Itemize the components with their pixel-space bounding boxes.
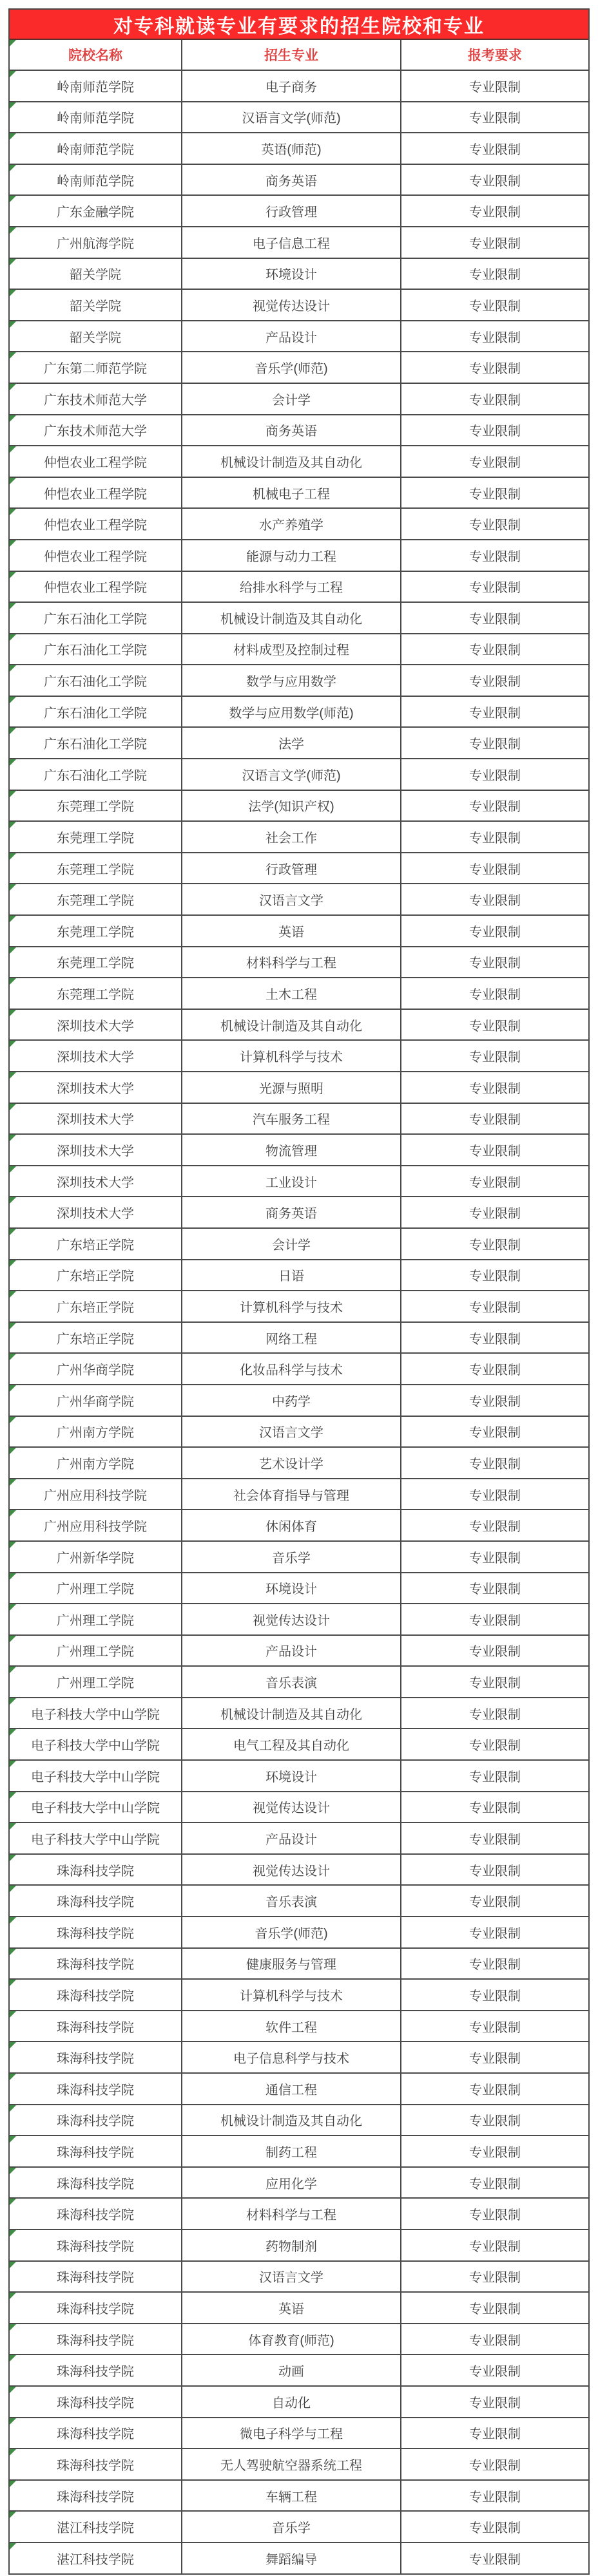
major-cell: 计算机科学与技术 — [182, 1041, 401, 1072]
table-row: 广东培正学院 网络工程 专业限制 — [10, 1323, 588, 1354]
college-cell: 电子科技大学中山学院 — [10, 1698, 182, 1730]
requirement-cell: 专业限制 — [401, 916, 588, 947]
college-name: 广东石油化工学院 — [44, 734, 147, 752]
table-row: 广州华商学院 化妆品科学与技术 专业限制 — [10, 1354, 588, 1385]
requirement-cell: 专业限制 — [401, 1917, 588, 1949]
requirement-cell: 专业限制 — [401, 133, 588, 165]
college-name: 珠海科技学院 — [57, 2173, 134, 2192]
college-name: 广东石油化工学院 — [44, 671, 147, 690]
excel-flag-icon — [10, 478, 16, 484]
table-row: 湛江科技学院 舞蹈编导 专业限制 — [10, 2543, 588, 2573]
major-cell: 土木工程 — [182, 978, 401, 1010]
excel-flag-icon — [10, 1010, 16, 1016]
major-cell: 制药工程 — [182, 2136, 401, 2168]
requirement-cell: 专业限制 — [401, 1510, 588, 1542]
major-cell: 材料科学与工程 — [182, 2199, 401, 2230]
table-row: 珠海科技学院 机械设计制造及其自动化 专业限制 — [10, 2105, 588, 2137]
excel-flag-icon — [10, 916, 16, 922]
major-cell: 机械设计制造及其自动化 — [182, 1010, 401, 1041]
requirement-cell: 专业限制 — [401, 1291, 588, 1323]
college-cell: 岭南师范学院 — [10, 102, 182, 134]
excel-flag-icon — [10, 2512, 16, 2518]
excel-flag-icon — [10, 1886, 16, 1892]
major-cell: 汉语言文学 — [182, 2262, 401, 2293]
major-cell: 社会工作 — [182, 822, 401, 853]
major-cell: 物流管理 — [182, 1135, 401, 1166]
requirement-cell: 专业限制 — [401, 1072, 588, 1104]
table-row: 深圳技术大学 光源与照明 专业限制 — [10, 1072, 588, 1104]
college-cell: 韶关学院 — [10, 321, 182, 353]
header-requirement: 报考要求 — [401, 40, 588, 71]
college-name: 珠海科技学院 — [57, 2392, 134, 2411]
college-cell: 深圳技术大学 — [10, 1104, 182, 1135]
college-cell: 东莞理工学院 — [10, 822, 182, 853]
major-cell: 应用化学 — [182, 2168, 401, 2199]
table-row: 珠海科技学院 体育教育(师范) 专业限制 — [10, 2324, 588, 2356]
table-row: 东莞理工学院 土木工程 专业限制 — [10, 978, 588, 1010]
college-cell: 广州南方学院 — [10, 1448, 182, 1479]
college-name: 湛江科技学院 — [57, 2549, 134, 2568]
excel-flag-icon — [10, 2105, 16, 2112]
college-cell: 珠海科技学院 — [10, 2418, 182, 2450]
college-name: 湛江科技学院 — [57, 2517, 134, 2536]
college-name: 珠海科技学院 — [57, 2236, 134, 2255]
requirement-cell: 专业限制 — [401, 1729, 588, 1761]
college-cell: 广东石油化工学院 — [10, 634, 182, 666]
major-cell: 药物制剂 — [182, 2230, 401, 2262]
excel-flag-icon — [10, 227, 16, 234]
excel-flag-icon — [10, 759, 16, 766]
requirement-cell: 专业限制 — [401, 2011, 588, 2043]
table-row: 广东培正学院 会计学 专业限制 — [10, 1229, 588, 1260]
college-cell: 广州理工学院 — [10, 1573, 182, 1605]
table-row: 珠海科技学院 应用化学 专业限制 — [10, 2168, 588, 2199]
requirement-cell: 专业限制 — [401, 1135, 588, 1166]
college-name: 珠海科技学院 — [57, 2110, 134, 2129]
requirement-cell: 专业限制 — [401, 352, 588, 384]
major-cell: 英语 — [182, 2293, 401, 2324]
requirement-cell: 专业限制 — [401, 2074, 588, 2105]
requirement-cell: 专业限制 — [401, 1479, 588, 1511]
excel-flag-icon — [10, 71, 16, 77]
table-row: 珠海科技学院 音乐表演 专业限制 — [10, 1886, 588, 1917]
table-row: 东莞理工学院 材料科学与工程 专业限制 — [10, 947, 588, 979]
excel-flag-icon — [10, 1166, 16, 1173]
major-cell: 自动化 — [182, 2387, 401, 2418]
table-row: 广东石油化工学院 数学与应用数学(师范) 专业限制 — [10, 697, 588, 728]
college-cell: 广东技术师范大学 — [10, 384, 182, 415]
college-name: 东莞理工学院 — [57, 952, 134, 971]
college-cell: 深圳技术大学 — [10, 1197, 182, 1229]
excel-flag-icon — [10, 2387, 16, 2393]
college-name: 电子科技大学中山学院 — [31, 1766, 160, 1785]
excel-flag-icon — [10, 165, 16, 171]
college-cell: 东莞理工学院 — [10, 884, 182, 916]
college-name: 深圳技术大学 — [57, 1141, 134, 1159]
header-college-label: 院校名称 — [68, 45, 122, 64]
major-cell: 日语 — [182, 1260, 401, 1292]
requirement-cell: 专业限制 — [401, 1354, 588, 1385]
major-cell: 商务英语 — [182, 415, 401, 447]
major-cell: 数学与应用数学(师范) — [182, 697, 401, 728]
table-row: 深圳技术大学 工业设计 专业限制 — [10, 1166, 588, 1198]
college-name: 韶关学院 — [70, 327, 121, 346]
excel-flag-icon — [10, 2418, 16, 2425]
table-row: 广州理工学院 音乐表演 专业限制 — [10, 1667, 588, 1698]
college-cell: 东莞理工学院 — [10, 978, 182, 1010]
college-cell: 珠海科技学院 — [10, 2074, 182, 2105]
college-cell: 珠海科技学院 — [10, 2324, 182, 2356]
excel-flag-icon — [10, 1917, 16, 1924]
college-cell: 广州航海学院 — [10, 227, 182, 259]
excel-flag-icon — [10, 1604, 16, 1611]
requirement-cell: 专业限制 — [401, 1385, 588, 1417]
college-cell: 广东石油化工学院 — [10, 665, 182, 697]
college-name: 珠海科技学院 — [57, 2142, 134, 2161]
table-row: 电子科技大学中山学院 产品设计 专业限制 — [10, 1823, 588, 1855]
excel-flag-icon — [10, 791, 16, 797]
major-cell: 电子信息科学与技术 — [182, 2042, 401, 2074]
college-cell: 岭南师范学院 — [10, 71, 182, 102]
college-cell: 珠海科技学院 — [10, 1886, 182, 1917]
college-cell: 广州理工学院 — [10, 1667, 182, 1698]
table-row: 珠海科技学院 英语 专业限制 — [10, 2293, 588, 2324]
requirement-cell: 专业限制 — [401, 759, 588, 791]
major-cell: 汉语言文学 — [182, 1417, 401, 1448]
excel-flag-icon — [10, 634, 16, 641]
college-name: 深圳技术大学 — [57, 1109, 134, 1128]
requirement-cell: 专业限制 — [401, 791, 588, 822]
requirement-cell: 专业限制 — [401, 853, 588, 885]
admissions-table: 对专科就读专业有要求的招生院校和专业 院校名称 招生专业 报考要求 岭南师范学院… — [8, 8, 590, 2575]
college-name: 东莞理工学院 — [57, 796, 134, 815]
excel-flag-icon — [10, 40, 16, 46]
college-name: 仲恺农业工程学院 — [44, 515, 147, 533]
excel-flag-icon — [10, 2074, 16, 2080]
excel-flag-icon — [10, 446, 16, 453]
college-cell: 深圳技术大学 — [10, 1135, 182, 1166]
major-cell: 社会体育指导与管理 — [182, 1479, 401, 1511]
major-cell: 软件工程 — [182, 2011, 401, 2043]
college-name: 仲恺农业工程学院 — [44, 546, 147, 565]
major-cell: 给排水科学与工程 — [182, 572, 401, 603]
excel-flag-icon — [10, 1448, 16, 1454]
major-cell: 无人驾驶航空器系统工程 — [182, 2449, 401, 2481]
college-name: 广州南方学院 — [57, 1454, 134, 1472]
college-name: 广州新华学院 — [57, 1548, 134, 1566]
major-cell: 通信工程 — [182, 2074, 401, 2105]
major-cell: 汉语言文学(师范) — [182, 102, 401, 134]
college-name: 岭南师范学院 — [57, 77, 134, 95]
table-row: 珠海科技学院 自动化 专业限制 — [10, 2387, 588, 2418]
excel-flag-icon — [10, 1354, 16, 1360]
college-cell: 珠海科技学院 — [10, 2481, 182, 2512]
table-row: 广东石油化工学院 汉语言文学(师范) 专业限制 — [10, 759, 588, 791]
table-row: 岭南师范学院 电子商务 专业限制 — [10, 71, 588, 102]
college-name: 电子科技大学中山学院 — [31, 1829, 160, 1848]
excel-flag-icon — [10, 1041, 16, 1047]
table-row: 仲恺农业工程学院 机械设计制造及其自动化 专业限制 — [10, 446, 588, 478]
major-cell: 动画 — [182, 2355, 401, 2387]
table-row: 珠海科技学院 车辆工程 专业限制 — [10, 2481, 588, 2512]
college-name: 东莞理工学院 — [57, 859, 134, 878]
excel-flag-icon — [10, 1229, 16, 1235]
college-name: 珠海科技学院 — [57, 2298, 134, 2317]
college-cell: 珠海科技学院 — [10, 2262, 182, 2293]
major-cell: 数学与应用数学 — [182, 665, 401, 697]
table-row: 广东培正学院 计算机科学与技术 专业限制 — [10, 1291, 588, 1323]
college-cell: 广州华商学院 — [10, 1354, 182, 1385]
table-row: 珠海科技学院 计算机科学与技术 专业限制 — [10, 1980, 588, 2011]
table-row: 岭南师范学院 英语(师范) 专业限制 — [10, 133, 588, 165]
requirement-cell: 专业限制 — [401, 2543, 588, 2573]
requirement-cell: 专业限制 — [401, 1010, 588, 1041]
excel-flag-icon — [10, 1667, 16, 1673]
college-name: 广东技术师范大学 — [44, 421, 147, 439]
requirement-cell: 专业限制 — [401, 2105, 588, 2137]
requirement-cell: 专业限制 — [401, 2512, 588, 2543]
requirement-cell: 专业限制 — [401, 665, 588, 697]
college-cell: 韶关学院 — [10, 259, 182, 290]
major-cell: 视觉传达设计 — [182, 1855, 401, 1886]
major-cell: 环境设计 — [182, 1573, 401, 1605]
college-cell: 东莞理工学院 — [10, 916, 182, 947]
college-cell: 广州应用科技学院 — [10, 1510, 182, 1542]
college-cell: 仲恺农业工程学院 — [10, 509, 182, 540]
excel-flag-icon — [10, 1729, 16, 1736]
table-row: 广州理工学院 环境设计 专业限制 — [10, 1573, 588, 1605]
requirement-cell: 专业限制 — [401, 884, 588, 916]
college-cell: 东莞理工学院 — [10, 947, 182, 979]
table-row: 仲恺农业工程学院 机械电子工程 专业限制 — [10, 478, 588, 509]
table-row: 广东技术师范大学 会计学 专业限制 — [10, 384, 588, 415]
college-cell: 广东石油化工学院 — [10, 603, 182, 634]
major-cell: 健康服务与管理 — [182, 1949, 401, 1980]
table-row: 韶关学院 产品设计 专业限制 — [10, 321, 588, 353]
college-cell: 广东培正学院 — [10, 1323, 182, 1354]
requirement-cell: 专业限制 — [401, 1041, 588, 1072]
excel-flag-icon — [10, 2449, 16, 2456]
college-name: 广州理工学院 — [57, 1578, 134, 1597]
excel-flag-icon — [10, 1417, 16, 1423]
major-cell: 光源与照明 — [182, 1072, 401, 1104]
major-cell: 音乐表演 — [182, 1886, 401, 1917]
table-row: 广东石油化工学院 法学 专业限制 — [10, 728, 588, 759]
college-cell: 仲恺农业工程学院 — [10, 446, 182, 478]
major-cell: 法学(知识产权) — [182, 791, 401, 822]
excel-flag-icon — [10, 2324, 16, 2331]
table-row: 珠海科技学院 健康服务与管理 专业限制 — [10, 1949, 588, 1980]
college-name: 珠海科技学院 — [57, 2423, 134, 2442]
table-row: 深圳技术大学 计算机科学与技术 专业限制 — [10, 1041, 588, 1072]
college-cell: 广州理工学院 — [10, 1636, 182, 1667]
excel-flag-icon — [10, 2230, 16, 2237]
college-cell: 广州新华学院 — [10, 1542, 182, 1573]
college-cell: 珠海科技学院 — [10, 1949, 182, 1980]
college-cell: 广州华商学院 — [10, 1385, 182, 1417]
excel-flag-icon — [10, 259, 16, 265]
table-row: 岭南师范学院 商务英语 专业限制 — [10, 165, 588, 196]
table-row: 珠海科技学院 无人驾驶航空器系统工程 专业限制 — [10, 2449, 588, 2481]
excel-flag-icon — [10, 2011, 16, 2018]
major-cell: 网络工程 — [182, 1323, 401, 1354]
excel-flag-icon — [10, 1761, 16, 1767]
college-name: 珠海科技学院 — [57, 2361, 134, 2380]
excel-flag-icon — [10, 1197, 16, 1204]
requirement-cell: 专业限制 — [401, 2230, 588, 2262]
college-cell: 珠海科技学院 — [10, 2293, 182, 2324]
major-cell: 电子信息工程 — [182, 227, 401, 259]
requirement-cell: 专业限制 — [401, 2418, 588, 2450]
college-cell: 广东石油化工学院 — [10, 759, 182, 791]
college-cell: 广州理工学院 — [10, 1604, 182, 1636]
college-name: 广州华商学院 — [57, 1391, 134, 1410]
requirement-cell: 专业限制 — [401, 415, 588, 447]
college-cell: 岭南师范学院 — [10, 165, 182, 196]
requirement-cell: 专业限制 — [401, 478, 588, 509]
requirement-cell: 专业限制 — [401, 2262, 588, 2293]
excel-flag-icon — [10, 978, 16, 985]
college-cell: 湛江科技学院 — [10, 2512, 182, 2543]
college-name: 广东金融学院 — [57, 202, 134, 220]
major-cell: 艺术设计学 — [182, 1448, 401, 1479]
college-name: 岭南师范学院 — [57, 171, 134, 189]
college-name: 珠海科技学院 — [57, 2204, 134, 2223]
major-cell: 能源与动力工程 — [182, 540, 401, 572]
college-cell: 珠海科技学院 — [10, 2011, 182, 2043]
college-name: 深圳技术大学 — [57, 1078, 134, 1097]
table-row: 广东石油化工学院 材料成型及控制过程 专业限制 — [10, 634, 588, 666]
excel-flag-icon — [10, 352, 16, 359]
excel-flag-icon — [10, 290, 16, 296]
requirement-cell: 专业限制 — [401, 1166, 588, 1198]
major-cell: 会计学 — [182, 384, 401, 415]
major-cell: 机械设计制造及其自动化 — [182, 2105, 401, 2137]
table-row: 广东第二师范学院 音乐学(师范) 专业限制 — [10, 352, 588, 384]
table-row: 东莞理工学院 行政管理 专业限制 — [10, 853, 588, 885]
table-row: 深圳技术大学 商务英语 专业限制 — [10, 1197, 588, 1229]
table-row: 广东金融学院 行政管理 专业限制 — [10, 196, 588, 227]
requirement-cell: 专业限制 — [401, 227, 588, 259]
college-name: 广东第二师范学院 — [44, 358, 147, 377]
requirement-cell: 专业限制 — [401, 697, 588, 728]
college-cell: 广东培正学院 — [10, 1229, 182, 1260]
college-name: 电子科技大学中山学院 — [31, 1704, 160, 1723]
college-name: 岭南师范学院 — [57, 108, 134, 126]
major-cell: 视觉传达设计 — [182, 290, 401, 321]
table-row: 广州航海学院 电子信息工程 专业限制 — [10, 227, 588, 259]
excel-flag-icon — [10, 1479, 16, 1486]
excel-flag-icon — [10, 1510, 16, 1517]
college-cell: 广州应用科技学院 — [10, 1479, 182, 1511]
college-name: 东莞理工学院 — [57, 828, 134, 846]
college-name: 广州应用科技学院 — [44, 1485, 147, 1504]
requirement-cell: 专业限制 — [401, 165, 588, 196]
college-cell: 珠海科技学院 — [10, 1980, 182, 2011]
college-cell: 珠海科技学院 — [10, 2387, 182, 2418]
requirement-cell: 专业限制 — [401, 1698, 588, 1730]
college-name: 深圳技术大学 — [57, 1203, 134, 1222]
college-cell: 广东培正学院 — [10, 1260, 182, 1292]
college-cell: 电子科技大学中山学院 — [10, 1729, 182, 1761]
table-row: 广州华商学院 中药学 专业限制 — [10, 1385, 588, 1417]
college-cell: 电子科技大学中山学院 — [10, 1792, 182, 1824]
requirement-cell: 专业限制 — [401, 1886, 588, 1917]
excel-flag-icon — [10, 1291, 16, 1298]
requirement-cell: 专业限制 — [401, 947, 588, 979]
major-cell: 工业设计 — [182, 1166, 401, 1198]
requirement-cell: 专业限制 — [401, 1855, 588, 1886]
requirement-cell: 专业限制 — [401, 1229, 588, 1260]
table-row: 珠海科技学院 音乐学(师范) 专业限制 — [10, 1917, 588, 1949]
requirement-cell: 专业限制 — [401, 2199, 588, 2230]
table-row: 珠海科技学院 制药工程 专业限制 — [10, 2136, 588, 2168]
college-cell: 珠海科技学院 — [10, 2136, 182, 2168]
excel-flag-icon — [10, 2042, 16, 2049]
table-body: 岭南师范学院 电子商务 专业限制 岭南师范学院 汉语言文学(师范) 专业限制 岭… — [10, 71, 588, 2573]
excel-flag-icon — [10, 2168, 16, 2174]
requirement-cell: 专业限制 — [401, 1448, 588, 1479]
college-name: 珠海科技学院 — [57, 1861, 134, 1879]
requirement-cell: 专业限制 — [401, 290, 588, 321]
requirement-cell: 专业限制 — [401, 1667, 588, 1698]
table-row: 广州应用科技学院 社会体育指导与管理 专业限制 — [10, 1479, 588, 1511]
major-cell: 机械电子工程 — [182, 478, 401, 509]
requirement-cell: 专业限制 — [401, 1104, 588, 1135]
table-row: 广州南方学院 艺术设计学 专业限制 — [10, 1448, 588, 1479]
excel-flag-icon — [10, 572, 16, 578]
excel-flag-icon — [10, 2355, 16, 2362]
requirement-cell: 专业限制 — [401, 509, 588, 540]
table-row: 湛江科技学院 音乐学 专业限制 — [10, 2512, 588, 2543]
college-name: 珠海科技学院 — [57, 1985, 134, 2004]
college-cell: 电子科技大学中山学院 — [10, 1761, 182, 1792]
table-row: 广东技术师范大学 商务英语 专业限制 — [10, 415, 588, 447]
college-cell: 湛江科技学院 — [10, 2543, 182, 2573]
college-cell: 东莞理工学院 — [10, 853, 182, 885]
excel-flag-icon — [10, 196, 16, 202]
major-cell: 音乐学(师范) — [182, 352, 401, 384]
requirement-cell: 专业限制 — [401, 259, 588, 290]
requirement-cell: 专业限制 — [401, 1542, 588, 1573]
college-cell: 珠海科技学院 — [10, 2199, 182, 2230]
header-row: 院校名称 招生专业 报考要求 — [10, 40, 588, 71]
major-cell: 机械设计制造及其自动化 — [182, 603, 401, 634]
major-cell: 机械设计制造及其自动化 — [182, 446, 401, 478]
table-row: 珠海科技学院 药物制剂 专业限制 — [10, 2230, 588, 2262]
major-cell: 材料科学与工程 — [182, 947, 401, 979]
table-row: 广州理工学院 视觉传达设计 专业限制 — [10, 1604, 588, 1636]
college-name: 广州航海学院 — [57, 233, 134, 252]
table-row: 电子科技大学中山学院 电气工程及其自动化 专业限制 — [10, 1729, 588, 1761]
major-cell: 行政管理 — [182, 853, 401, 885]
college-cell: 广东石油化工学院 — [10, 697, 182, 728]
college-name: 电子科技大学中山学院 — [31, 1797, 160, 1816]
requirement-cell: 专业限制 — [401, 1792, 588, 1824]
college-cell: 珠海科技学院 — [10, 2042, 182, 2074]
college-name: 珠海科技学院 — [57, 1923, 134, 1942]
college-name: 深圳技术大学 — [57, 1046, 134, 1065]
college-name: 珠海科技学院 — [57, 2017, 134, 2036]
table-row: 珠海科技学院 动画 专业限制 — [10, 2355, 588, 2387]
major-cell: 会计学 — [182, 1229, 401, 1260]
table-row: 深圳技术大学 机械设计制造及其自动化 专业限制 — [10, 1010, 588, 1041]
requirement-cell: 专业限制 — [401, 1823, 588, 1855]
excel-flag-icon — [10, 540, 16, 547]
table-row: 东莞理工学院 汉语言文学 专业限制 — [10, 884, 588, 916]
college-cell: 韶关学院 — [10, 290, 182, 321]
requirement-cell: 专业限制 — [401, 2387, 588, 2418]
